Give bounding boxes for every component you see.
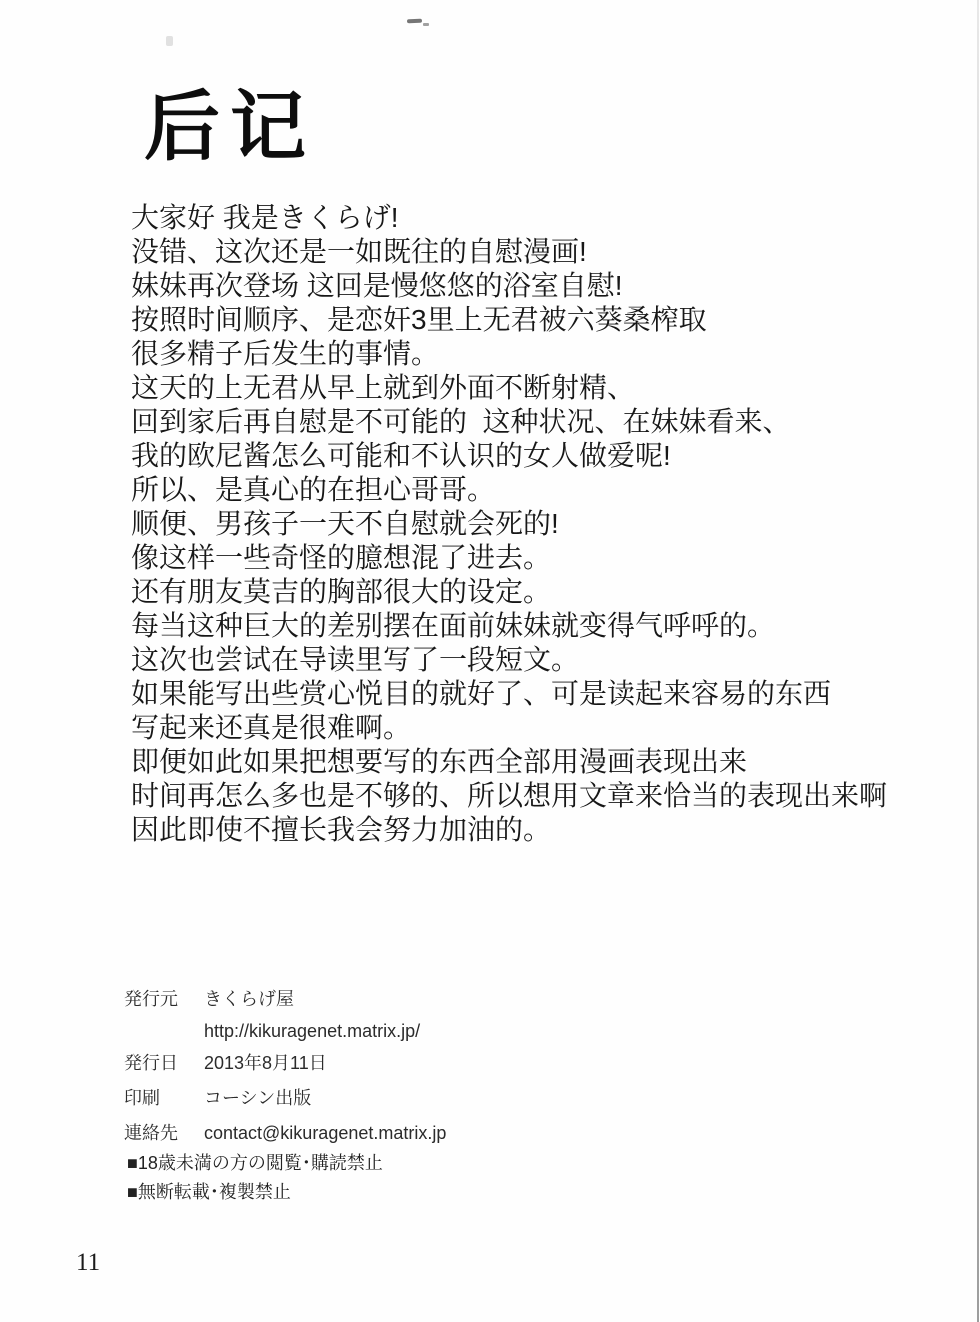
printer-label: 印刷 (124, 1087, 160, 1109)
body-line: 每当这种巨大的差别摆在面前妹妹就变得气呼呼的。 (131, 609, 887, 643)
body-line: 时间再怎么多也是不够的、所以想用文章来恰当的表现出来啊 (131, 779, 887, 813)
page-title: 后记 (144, 66, 316, 175)
scan-artifact-mark (407, 19, 422, 24)
printer-name: コーシン出版 (204, 1087, 311, 1109)
body-line: 大家好 我是きくらげ! (131, 201, 887, 235)
body-line: 我的欧尼酱怎么可能和不认识的女人做爱呢! (131, 439, 887, 473)
publisher-website: http://kikuragenet.matrix.jp/ (204, 1020, 420, 1042)
body-line: 按照时间顺序、是恋奸3里上无君被六葵桑榨取 (131, 303, 887, 337)
no-reproduction-notice: ■無断転載･複製禁止 (127, 1181, 291, 1203)
body-line: 妹妹再次登场 这回是慢悠悠的浴室自慰! (131, 269, 887, 303)
body-line: 回到家后再自慰是不可能的 这种状况、在妹妹看来、 (131, 405, 887, 439)
scan-page-edge (977, 0, 979, 1322)
publisher-name: きくらげ屋 (204, 988, 294, 1010)
body-line: 即便如此如果把想要写的东西全部用漫画表现出来 (131, 745, 887, 779)
publisher-label: 発行元 (124, 988, 178, 1010)
contact-label: 連絡先 (124, 1122, 178, 1144)
body-line: 顺便、男孩子一天不自慰就会死的! (131, 507, 887, 541)
body-line: 还有朋友莫吉的胸部很大的设定。 (131, 575, 887, 609)
body-line: 像这样一些奇怪的臆想混了进去。 (131, 541, 887, 575)
body-line: 写起来还真是很难啊。 (131, 711, 887, 745)
body-line: 如果能写出些赏心悦目的就好了、可是读起来容易的东西 (131, 677, 887, 711)
afterword-body: 大家好 我是きくらげ! 没错、这次还是一如既往的自慰漫画! 妹妹再次登场 这回是… (131, 201, 887, 847)
scan-artifact-mark (423, 23, 429, 26)
body-line: 没错、这次还是一如既往的自慰漫画! (131, 235, 887, 269)
afterword-page: 后记 大家好 我是きくらげ! 没错、这次还是一如既往的自慰漫画! 妹妹再次登场 … (0, 0, 980, 1322)
body-line: 这天的上无君从早上就到外面不断射精、 (131, 371, 887, 405)
body-line: 这次也尝试在导读里写了一段短文。 (131, 643, 887, 677)
page-number: 11 (76, 1249, 100, 1277)
body-line: 所以、是真心的在担心哥哥。 (131, 473, 887, 507)
publish-date: 2013年8月11日 (204, 1052, 327, 1074)
body-line: 很多精子后发生的事情。 (131, 337, 887, 371)
body-line: 因此即使不擅长我会努力加油的。 (131, 813, 887, 847)
contact-email: contact@kikuragenet.matrix.jp (204, 1122, 446, 1144)
publish-date-label: 発行日 (124, 1052, 178, 1074)
age-restriction-notice: ■18歳未満の方の閲覧･購読禁止 (127, 1152, 383, 1174)
scan-artifact-smudge (166, 36, 173, 46)
